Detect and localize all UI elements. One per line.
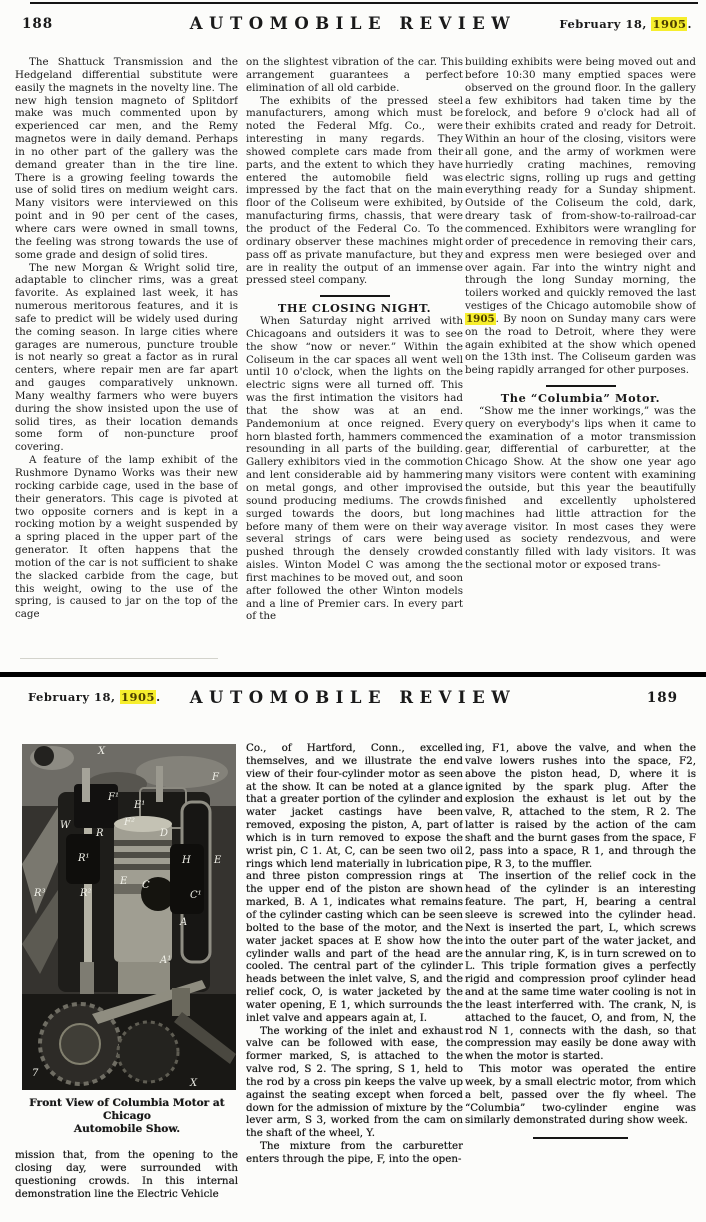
photo-label: R³ [33,888,46,899]
column-2: Co., of Hartford, Conn., excelled themse… [246,742,463,1220]
photo-label: A¹ [159,955,171,966]
photo-label: X [97,746,106,757]
paragraph: The Shattuck Transmission and the Hedgel… [15,56,238,262]
photo-label: F¹ [107,792,119,803]
date-prefix: February 18, [559,17,647,31]
photo-label: E [119,876,128,887]
highlighted-year: 1905 [651,17,687,31]
date-suffix: . [687,17,692,31]
photo-label: D [159,828,168,839]
paragraph: The new Morgan & Wright solid tire, adap… [15,262,238,455]
page-number-189: 189 [647,690,678,706]
photo-label: R¹ [77,853,90,864]
highlighted-year: 1905 [465,313,496,325]
paragraph-text: . By noon on Sunday many cars were on th… [465,313,696,376]
photo-label: W [60,820,71,831]
issue-date: February 18, 1905. [559,17,692,31]
paragraph-continued: Co., of Hartford, Conn., excelled themse… [246,742,463,1025]
paragraph: This motor was operated the entire week,… [465,1063,696,1127]
photo-label: C¹ [190,890,202,901]
magazine-scan: { "p188": { "num": "188", "title": "AUTO… [0,0,706,1222]
photo-caption: Front View of Columbia Motor at Chicago … [12,1097,242,1136]
caption-line-1: Front View of Columbia Motor at Chicago [29,1097,224,1122]
paragraph-continued: on the slightest vibration of the car. T… [246,56,463,95]
article-end-rule [533,1137,628,1139]
page-189: February 18, 1905. AUTOMOBILE REVIEW 189 [0,677,706,1222]
paragraph: When Saturday night arrived with Chicago… [246,315,463,623]
section-heading: The “Columbia” Motor. [465,392,696,405]
section-rule [320,295,390,297]
paragraph-text: building exhibits were being moved out a… [465,56,696,312]
motor-photo-illustration: X F F¹ E¹ F² D R W R¹ H E E C R² R³ C¹ A… [22,744,236,1090]
paragraph-continued: mission that, from the opening to the cl… [15,1149,238,1199]
caption-line-2: Automobile Show. [74,1123,180,1135]
paragraph-continued: building exhibits were being moved out a… [465,56,696,377]
photo-label: X [189,1078,198,1089]
section-rule [546,385,616,387]
column-3: building exhibits were being moved out a… [465,56,696,646]
paragraph: “Show me the inner workings,” was the qu… [465,405,696,572]
photo-label: E [213,855,222,866]
column-1-continued: mission that, from the opening to the cl… [15,1139,238,1199]
paragraph: A feature of the lamp exhibit of the Rus… [15,454,238,621]
photo-label: 7 [32,1068,39,1079]
column-1: The Shattuck Transmission and the Hedgel… [15,56,238,646]
page-188: 188 AUTOMOBILE REVIEW February 18, 1905.… [0,0,706,645]
section-heading: THE CLOSING NIGHT. [246,302,463,315]
photo-label: R [95,828,104,839]
photo-label: A [179,917,187,928]
photo-label: E¹ [133,800,145,811]
paragraph: The insertion of the relief cock in the … [465,870,696,1063]
masthead-title: AUTOMOBILE REVIEW [0,688,706,707]
column-2: on the slightest vibration of the car. T… [246,56,463,646]
photo-label: C [142,880,150,891]
photo-label: H [181,855,191,866]
paragraph: The exhibits of the pressed steel manufa… [246,95,463,288]
photo-label: R² [79,888,92,899]
paragraph-continued: ing, F1, above the valve, and when the v… [465,742,696,870]
scan-artifact-line [20,658,218,659]
paragraph: The mixture from the carburetter enters … [246,1140,463,1166]
column-3: ing, F1, above the valve, and when the v… [465,742,696,1220]
columbia-motor-photo: X F F¹ E¹ F² D R W R¹ H E E C R² R³ C¹ A… [22,744,236,1090]
photo-label: F² [123,817,135,828]
photo-label: F [211,772,220,783]
paragraph: The working of the inlet and exhaust val… [246,1025,463,1141]
